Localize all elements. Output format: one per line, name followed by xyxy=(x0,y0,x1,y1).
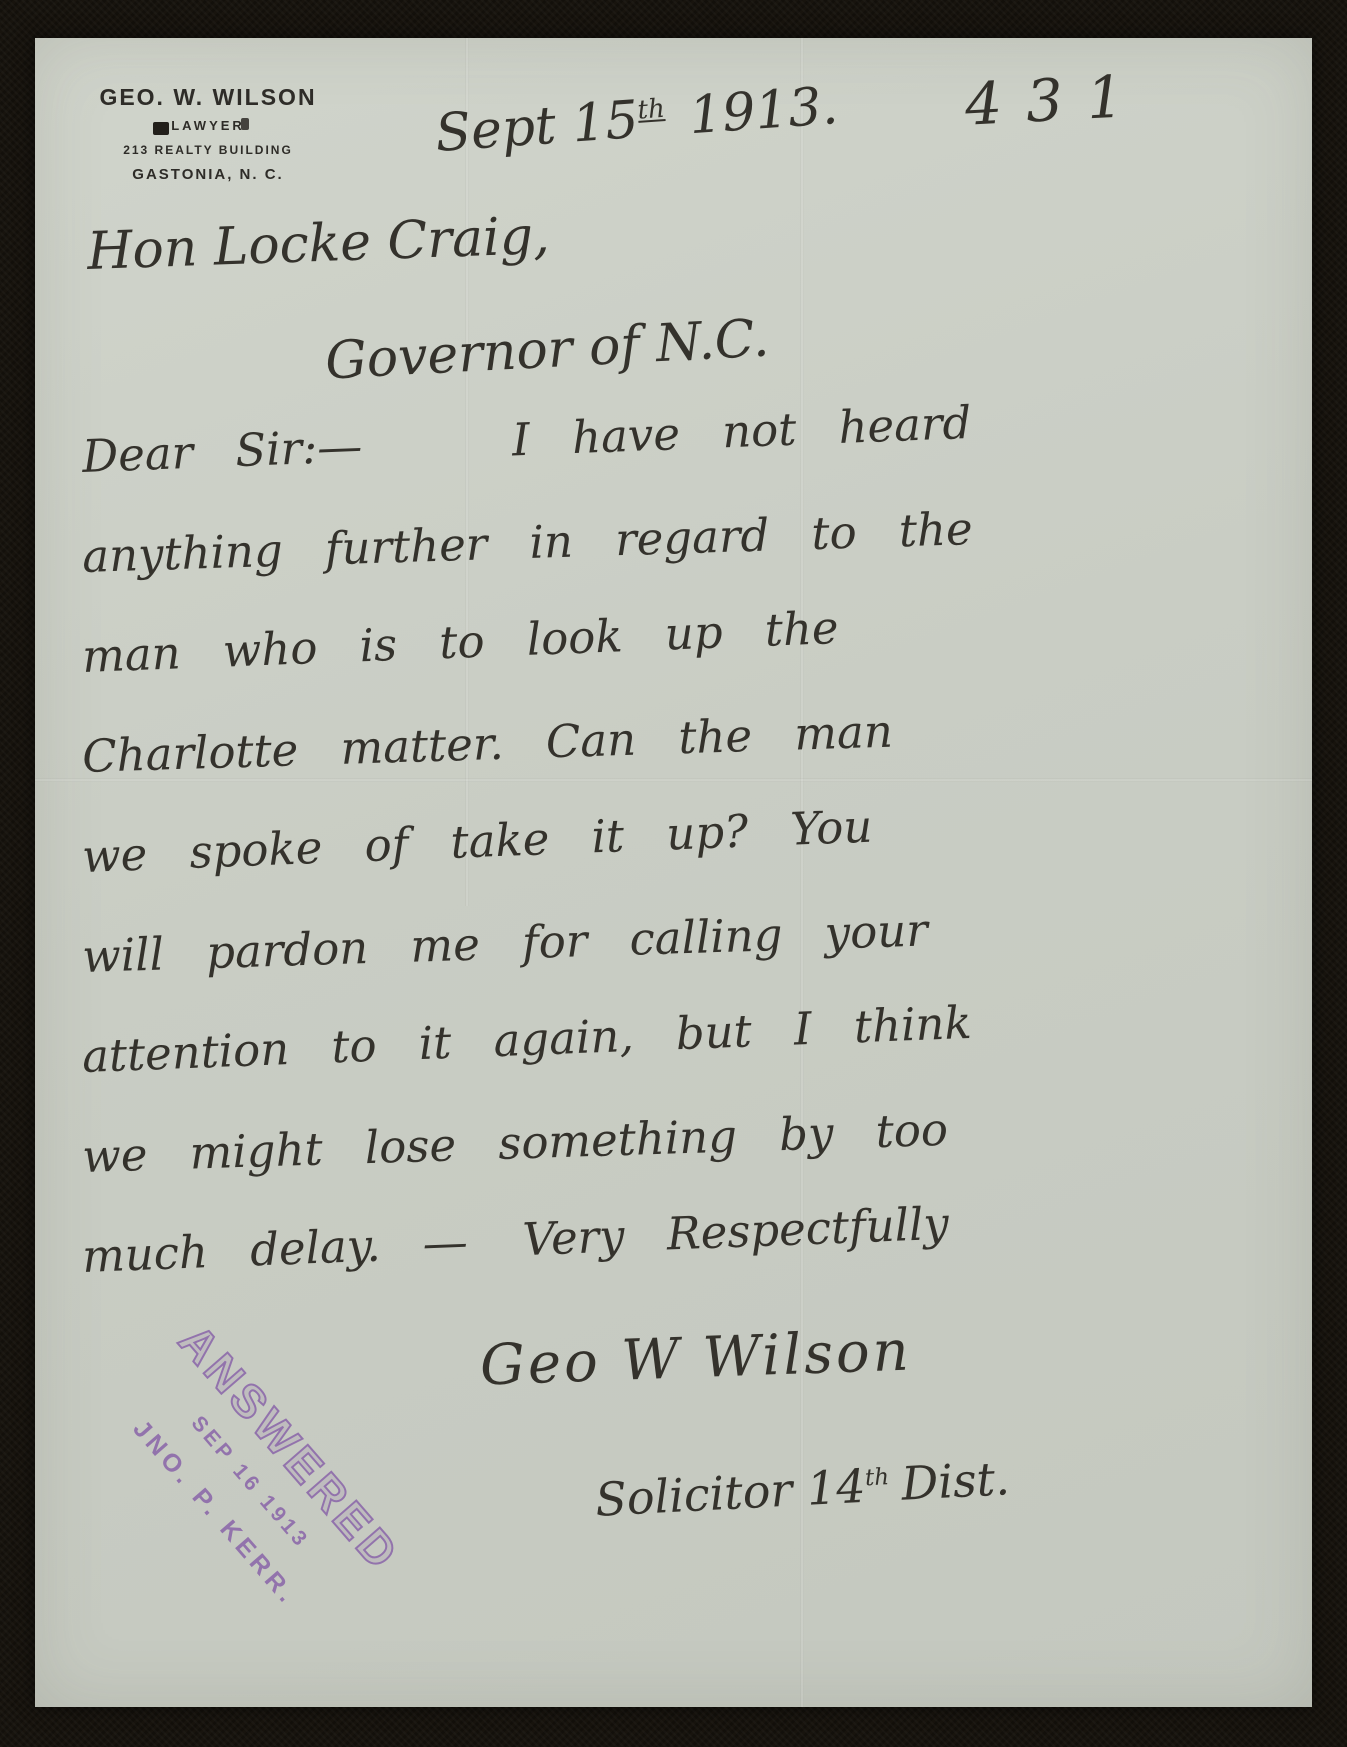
recipient-title: Governor of N.C. xyxy=(324,308,771,391)
date-ordinal-suffix: th xyxy=(637,94,666,126)
signature-title-text: Solicitor 14 xyxy=(594,1459,867,1527)
letterhead-name: GEO. W. WILSON xyxy=(83,84,333,111)
letter-line-text: I have not heard xyxy=(511,396,972,467)
salutation: Dear Sir:— xyxy=(81,419,363,483)
signature-title-district: Dist. xyxy=(900,1451,1011,1511)
letterhead-address: 213 REALTY BUILDING xyxy=(83,143,333,157)
date-day: Sept 15 xyxy=(433,90,640,164)
ink-blot xyxy=(153,122,169,135)
date-line: Sept 15th1913. xyxy=(433,76,840,164)
signature-title-ordinal: th xyxy=(864,1464,889,1491)
letter-paper: GEO. W. WILSON LAWYER 213 REALTY BUILDIN… xyxy=(35,38,1312,1707)
answered-stamp: ANSWERED SEP 16 1913 JNO. P. KERR. xyxy=(96,1306,419,1648)
letterhead: GEO. W. WILSON LAWYER 213 REALTY BUILDIN… xyxy=(83,84,333,183)
page-number: 431 xyxy=(963,61,1149,138)
scan-background: GEO. W. WILSON LAWYER 213 REALTY BUILDIN… xyxy=(0,0,1347,1747)
recipient-name: Hon Locke Craig, xyxy=(86,206,550,282)
letterhead-title: LAWYER xyxy=(83,118,333,133)
date-year: 1913. xyxy=(687,76,840,146)
signature: Geo W Wilson xyxy=(479,1318,913,1398)
ink-blot xyxy=(241,118,249,130)
letterhead-city: GASTONIA, N. C. xyxy=(83,166,333,183)
signature-title: Solicitor 14thDist. xyxy=(594,1451,1011,1527)
letter-body: Dear Sir:—I have not heard anything furt… xyxy=(83,430,974,1330)
